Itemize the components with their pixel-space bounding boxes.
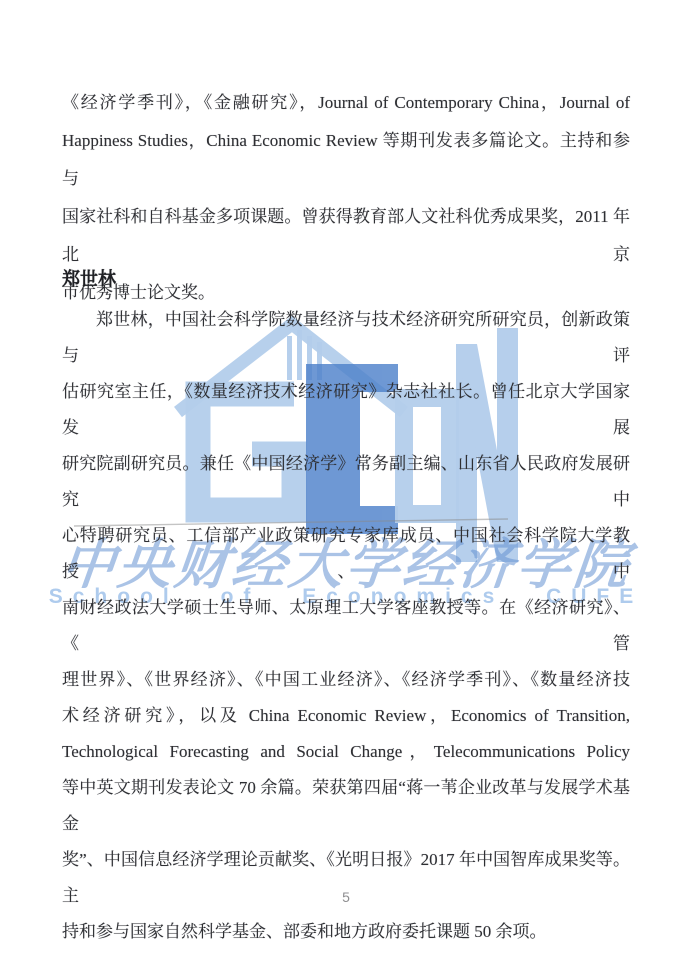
text-line: 国家社科和自科基金多项课题。曾获得教育部人文社科优秀成果奖，2011 年北京 [62, 198, 630, 274]
text-line: Happiness Studies，China Economic Review … [62, 122, 630, 198]
page-number: 5 [0, 889, 692, 905]
text-line: 术经济研究》，以及 China Economic Review，Economic… [62, 698, 630, 734]
text-line: 持和参与国家自然科学基金、部委和地方政府委托课题 50 余项。 [62, 914, 630, 950]
text-line: 研究院副研究员。兼任《中国经济学》常务副主编、山东省人民政府发展研究中 [62, 446, 630, 518]
text-line: Technological Forecasting and Social Cha… [62, 734, 630, 770]
text-line: 理世界》、《世界经济》、《中国工业经济》、《经济学季刊》、《数量经济技 [62, 662, 630, 698]
text-line: 估研究室主任，《数量经济技术经济研究》杂志社社长。曾任北京大学国家发展 [62, 374, 630, 446]
document-page: 中央财经大学经济学院 School of Economics CUFE 《经济学… [0, 0, 692, 978]
section-heading-person-name: 郑世林 [62, 268, 116, 290]
text-line: 南财经政法大学硕士生导师、太原理工大学客座教授等。在《经济研究》、《管 [62, 590, 630, 662]
text-line: 心特聘研究员、工信部产业政策研究专家库成员、中国社会科学院大学教授、中 [62, 518, 630, 590]
text-line: 《经济学季刊》，《金融研究》，Journal of Contemporary C… [62, 84, 630, 122]
text-line: 郑世林，中国社会科学院数量经济与技术经济研究所研究员，创新政策与评 [62, 302, 630, 374]
intro-paragraph: 《经济学季刊》，《金融研究》，Journal of Contemporary C… [62, 84, 630, 312]
bio-paragraph: 郑世林，中国社会科学院数量经济与技术经济研究所研究员，创新政策与评 估研究室主任… [62, 302, 630, 950]
text-line: 等中英文期刊发表论文 70 余篇。荣获第四届“蒋一苇企业改革与发展学术基金 [62, 770, 630, 842]
